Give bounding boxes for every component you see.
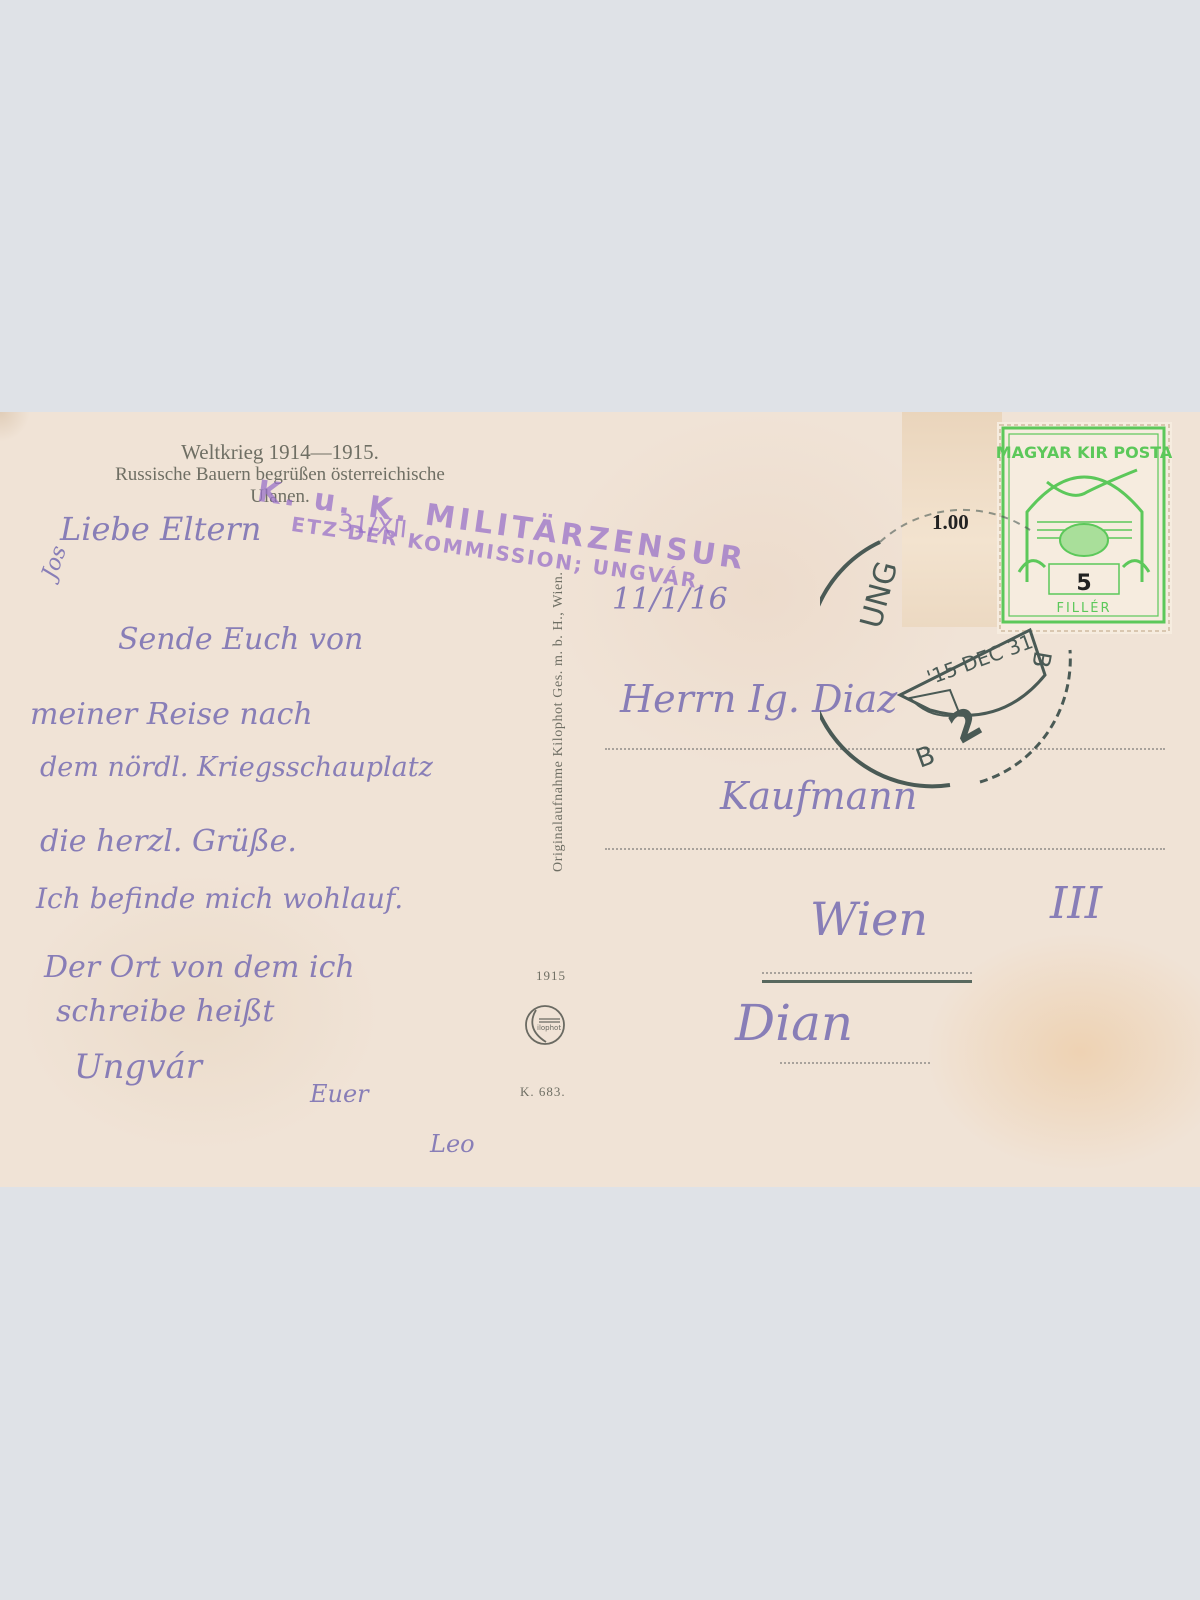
svg-text:MAGYAR KIR POSTA: MAGYAR KIR POSTA [997,443,1172,462]
kilophot-logo-icon: ilophot [522,1002,568,1048]
caption-title: Weltkrieg 1914—1915. [30,440,530,464]
message-signature: Leo [430,1130,475,1158]
svg-text:B: B [1026,649,1056,670]
address-district: III [1050,878,1102,929]
message-line: Liebe Eltern [60,510,261,548]
catalog-number: K. 683. [520,1084,566,1100]
svg-text:UNG: UNG [854,558,905,632]
address-rule [762,972,972,974]
message-line: schreibe heißt [56,994,274,1029]
message-line: meiner Reise nach [30,697,313,732]
address-line: Dian [735,994,853,1052]
message-line: Ungvár [74,1047,202,1087]
corner-mark: Jos [37,543,72,583]
publisher-imprint: Originalaufnahme Kilophot Ges. m. b. H.,… [553,442,573,872]
message-line: Ich befinde mich wohlauf. [36,882,403,915]
svg-text:'15 DEC 31: '15 DEC 31 [924,629,1037,690]
address-city: Wien [810,892,928,946]
worn-corner [0,412,30,442]
postcard-back: Weltkrieg 1914—1915. Russische Bauern be… [0,412,1200,1187]
svg-text:2: 2 [941,697,991,754]
message-line: Sende Euch von [118,622,363,657]
message-line: Der Ort von dem ich [44,950,355,985]
address-rule [605,848,1165,850]
postmark-cancel-icon: UNG '15 DEC 31 2 B B [820,500,1090,790]
message-line: dem nördl. Kriegsschauplatz [40,752,433,783]
address-rule [780,1062,930,1064]
svg-text:B: B [912,740,939,774]
message-line: die herzl. Grüße. [40,824,297,859]
address-note: 11/1/16 [612,582,728,617]
print-year: 1915 [536,968,566,984]
publisher-text: Originalaufnahme Kilophot Ges. m. b. H.,… [551,571,567,872]
city-underline [762,980,972,983]
svg-text:ilophot: ilophot [537,1024,561,1032]
message-closing: Euer [310,1080,369,1108]
